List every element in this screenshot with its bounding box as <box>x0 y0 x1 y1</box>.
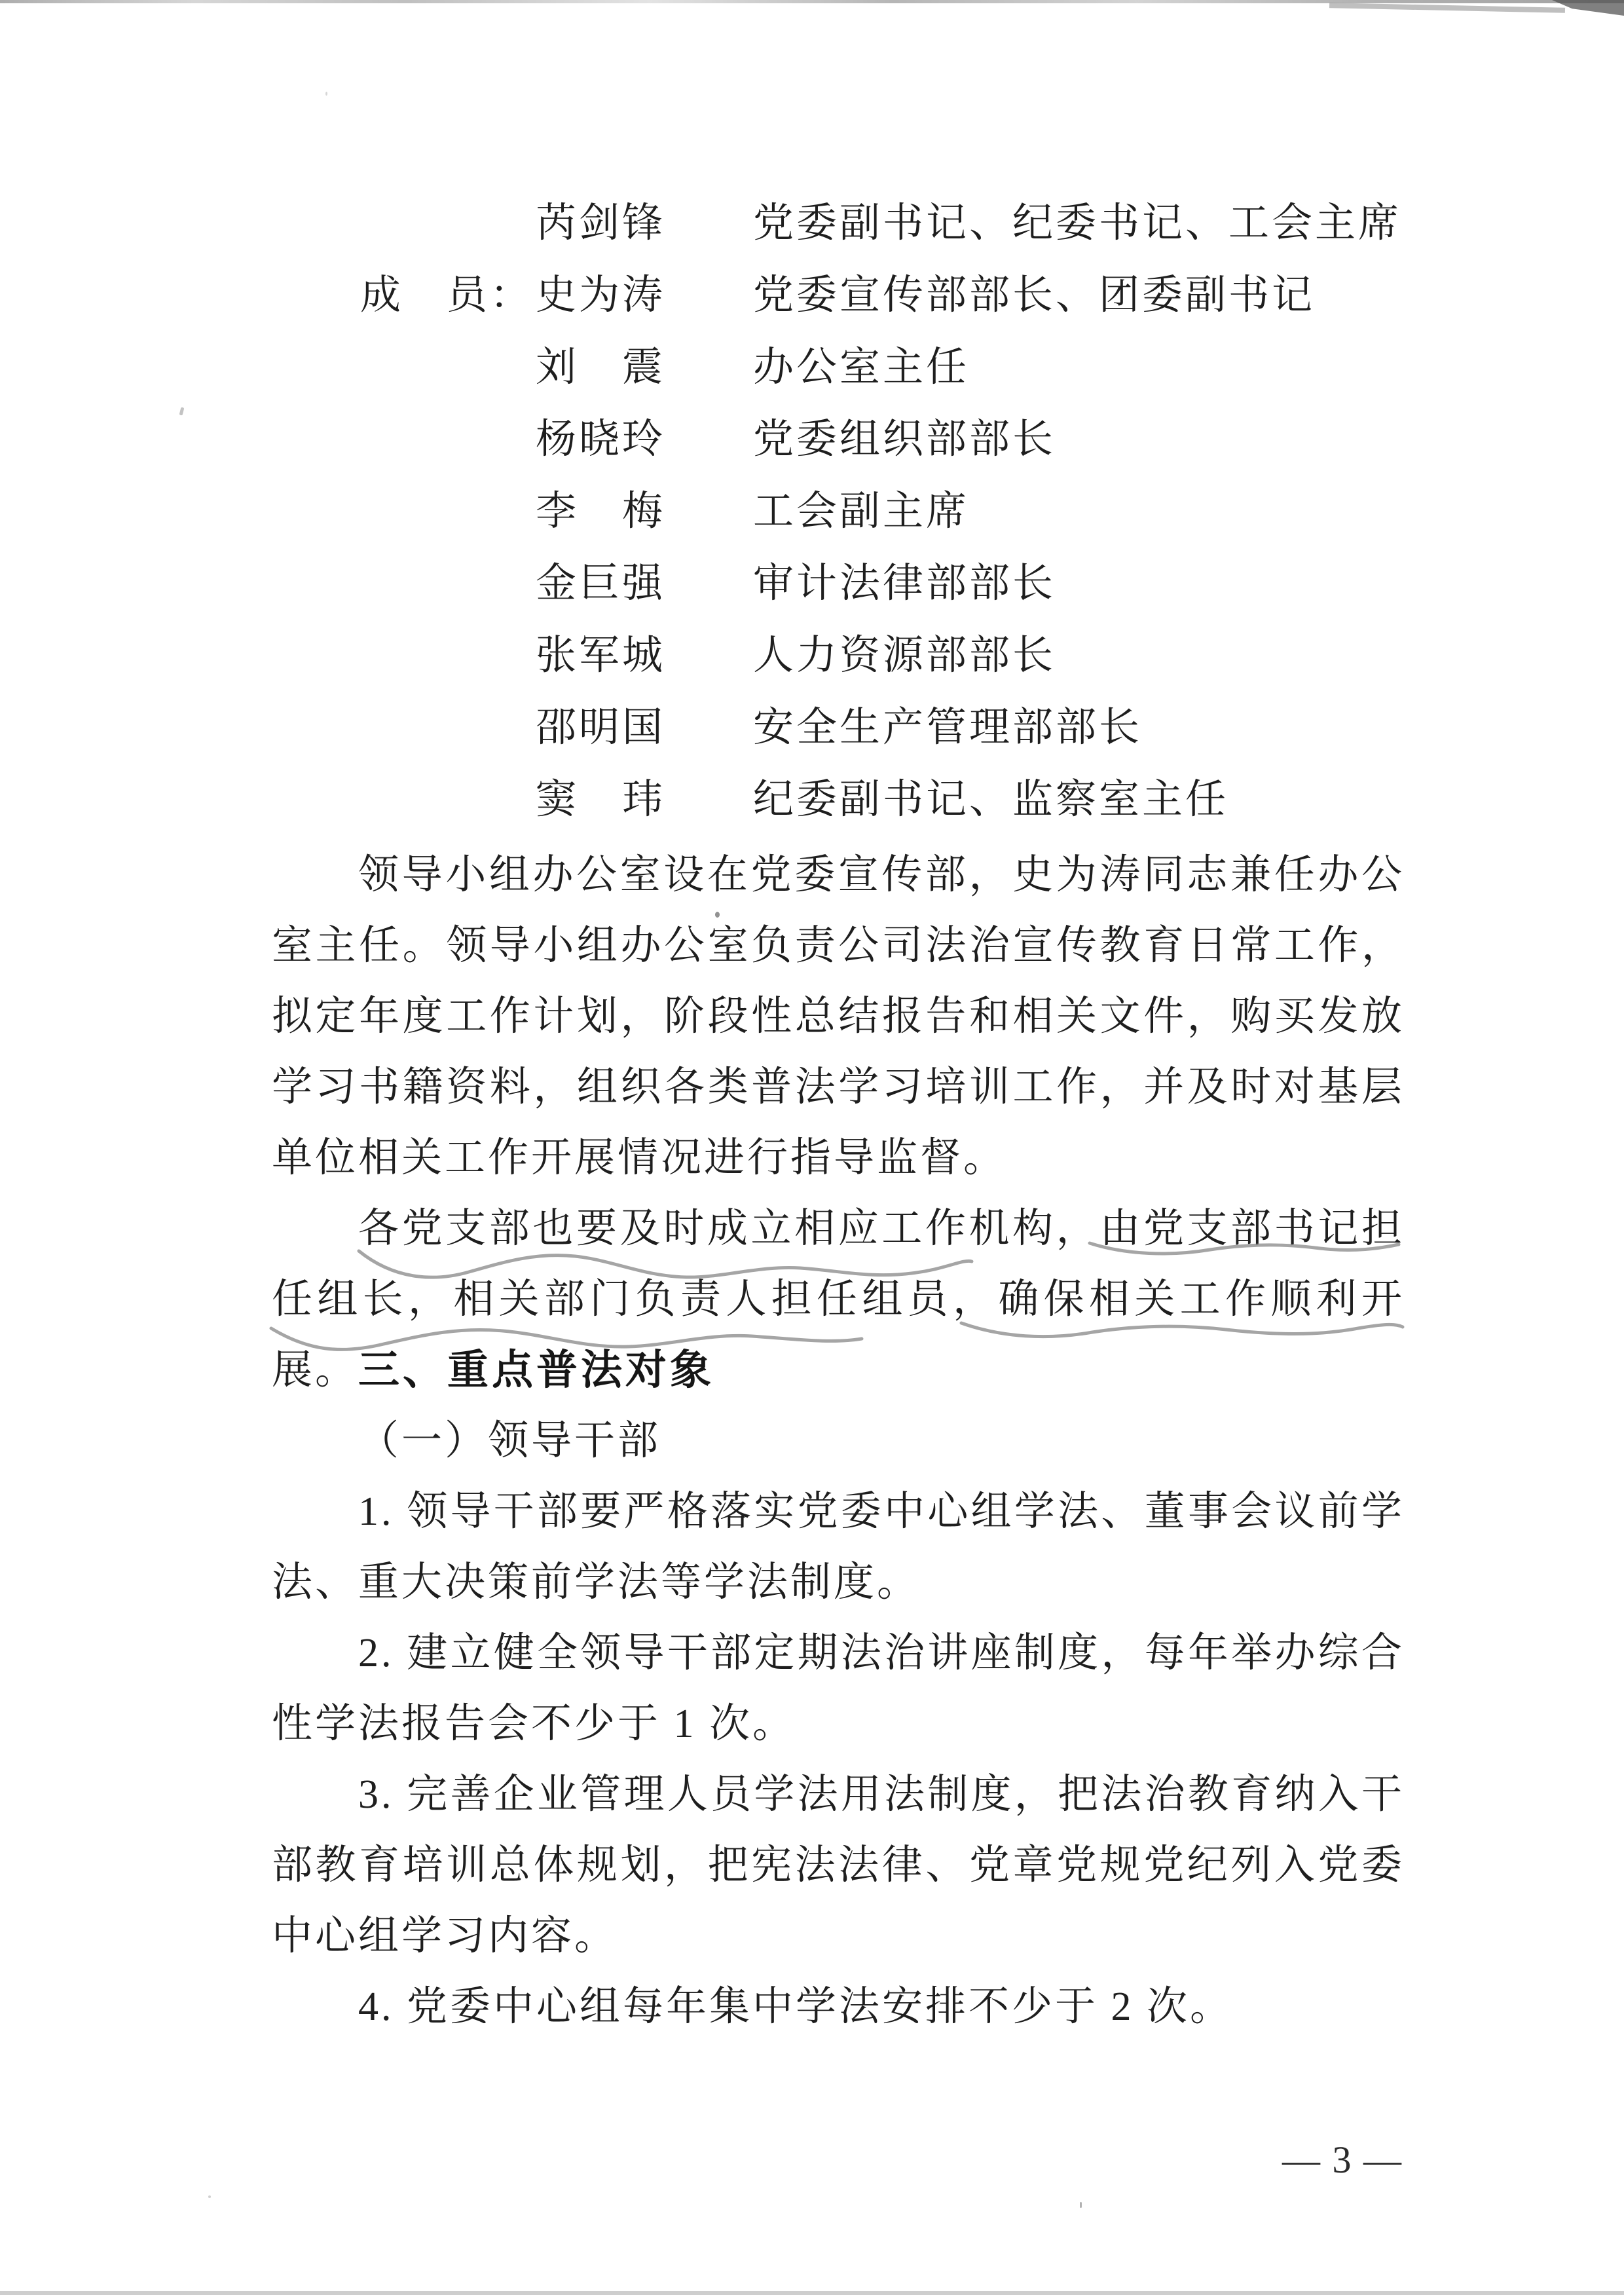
page-number: — 3 — <box>1282 2129 1403 2192</box>
member-name: 邵明国 <box>536 692 665 764</box>
member-title: 人力资源部部长 <box>753 620 1056 692</box>
member-name: 李 梅 <box>536 476 665 548</box>
list-item-2: 2. 建立健全领导干部定期法治讲座制度，每年举办综合性学法报告会不少于 1 次。 <box>272 1618 1405 1759</box>
member-row: 成 员： 史为涛 党委宣传部部长、团委副书记 <box>0 259 1624 331</box>
member-name: 芮剑锋 <box>536 187 665 259</box>
member-title: 党委宣传部部长、团委副书记 <box>753 259 1315 331</box>
member-name: 张军城 <box>536 620 665 692</box>
scan-artifact-speck <box>325 92 327 96</box>
paragraph-office-duties: 领导小组办公室设在党委宣传部，史为涛同志兼任办公室主任。领导小组办公室负责公司法… <box>272 840 1405 1193</box>
scan-artifact-speck <box>1080 2202 1082 2208</box>
member-name: 金巨强 <box>536 548 665 620</box>
member-row: 邵明国 安全生产管理部部长 <box>0 692 1624 764</box>
scanned-document-page: 芮剑锋 党委副书记、纪委书记、工会主席 成 员： 史为涛 党委宣传部部长、团委副… <box>0 0 1624 2295</box>
member-name: 史为涛 <box>536 259 665 331</box>
list-item-1: 1. 领导干部要严格落实党委中心组学法、董事会议前学法、重大决策前学法等学法制度… <box>272 1476 1405 1618</box>
scan-artifact-bottom-edge <box>0 2291 1624 2295</box>
section-heading: 三、重点普法对象 <box>358 1335 714 1406</box>
member-title: 审计法律部部长 <box>753 548 1056 620</box>
member-title: 党委组织部部长 <box>753 403 1056 476</box>
member-title: 工会副主席 <box>753 476 969 548</box>
member-name: 杨晓玲 <box>536 403 665 476</box>
member-row: 窦 玮 纪委副书记、监察室主任 <box>0 764 1624 836</box>
member-row: 金巨强 审计法律部部长 <box>0 548 1624 620</box>
member-name: 刘 震 <box>536 331 665 403</box>
member-row: 芮剑锋 党委副书记、纪委书记、工会主席 <box>0 187 1624 259</box>
member-name: 窦 玮 <box>536 764 665 836</box>
member-role-label: 成 员： <box>360 259 533 331</box>
member-title: 纪委副书记、监察室主任 <box>753 764 1228 836</box>
scan-artifact-speck <box>208 2195 211 2198</box>
member-title: 安全生产管理部部长 <box>753 692 1142 764</box>
list-item-3: 3. 完善企业管理人员学法用法制度，把法治教育纳入干部教育培训总体规划，把宪法法… <box>272 1759 1405 1971</box>
section-subheading: （一）领导干部 <box>358 1406 661 1476</box>
member-title: 办公室主任 <box>753 331 969 403</box>
list-item-4: 4. 党委中心组每年集中学法安排不少于 2 次。 <box>272 1971 1405 2042</box>
member-row: 刘 震 办公室主任 <box>0 331 1624 403</box>
scan-artifact-corner-wedge <box>1552 0 1624 16</box>
scan-artifact-top-edge <box>0 0 1624 3</box>
member-title: 党委副书记、纪委书记、工会主席 <box>753 187 1401 259</box>
member-row: 杨晓玲 党委组织部部长 <box>0 403 1624 476</box>
scan-artifact-top-streak <box>1329 3 1565 13</box>
member-row: 张军城 人力资源部部长 <box>0 620 1624 692</box>
member-row: 李 梅 工会副主席 <box>0 476 1624 548</box>
